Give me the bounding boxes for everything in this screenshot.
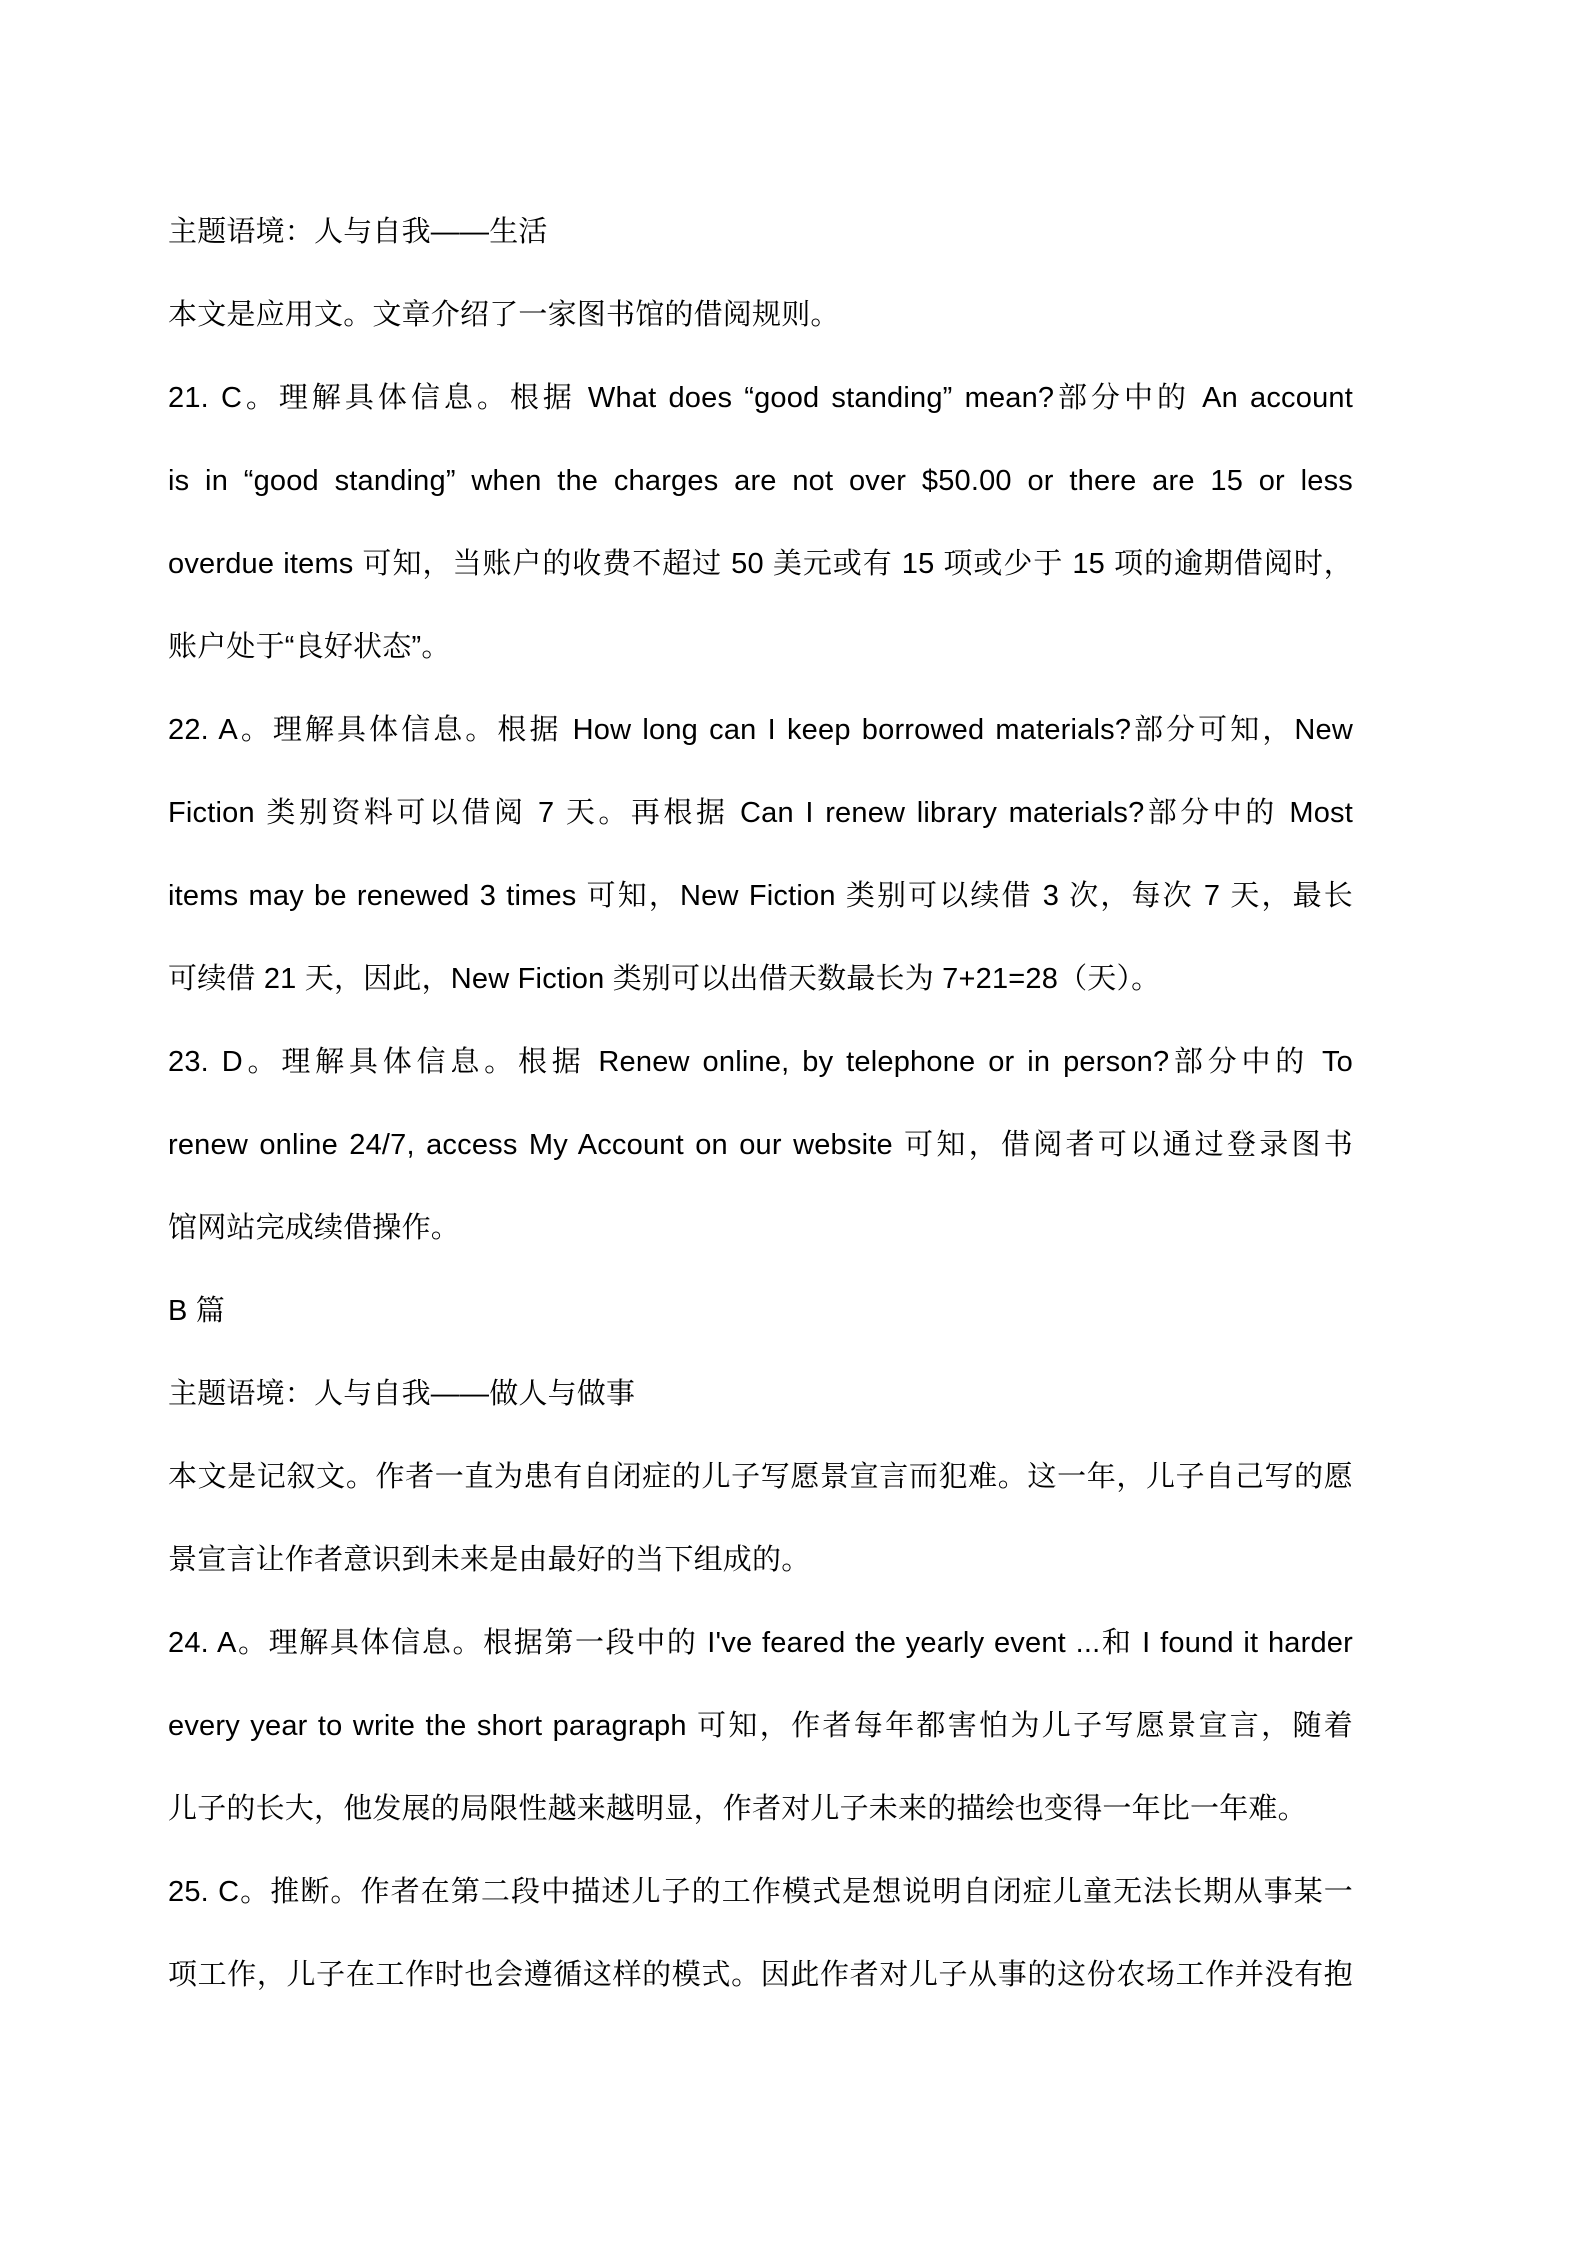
- answer-23-line: 23. D。理解具体信息。根据 Renew online, by telepho…: [168, 1021, 1353, 1104]
- text-line: Fiction 类别资料可以借阅 7 天。再根据 Can I renew lib…: [168, 772, 1353, 855]
- answer-25-line: 25. C。推断。作者在第二段中描述儿子的工作模式是想说明自闭症儿童无法长期从事…: [168, 1851, 1353, 1934]
- text-line: items may be renewed 3 times 可知，New Fict…: [168, 855, 1353, 938]
- text-line: 账户处于“良好状态”。: [168, 606, 1353, 689]
- text-line: overdue items 可知，当账户的收费不超过 50 美元或有 15 项或…: [168, 523, 1353, 606]
- theme-context-line-b: 主题语境：人与自我——做人与做事: [168, 1353, 1353, 1436]
- text-line: 景宣言让作者意识到未来是由最好的当下组成的。: [168, 1519, 1353, 1602]
- text-line: 可续借 21 天，因此，New Fiction 类别可以出借天数最长为 7+21…: [168, 938, 1353, 1021]
- answer-22-line: 22. A。理解具体信息。根据 How long can I keep borr…: [168, 689, 1353, 772]
- text-line: 儿子的长大，他发展的局限性越来越明显，作者对儿子未来的描绘也变得一年比一年难。: [168, 1768, 1353, 1851]
- answer-24-line: 24. A。理解具体信息。根据第一段中的 I've feared the yea…: [168, 1602, 1353, 1685]
- text-line: 馆网站完成续借操作。: [168, 1187, 1353, 1270]
- text-line: is in “good standing” when the charges a…: [168, 440, 1353, 523]
- text-line: 项工作，儿子在工作时也会遵循这样的模式。因此作者对儿子从事的这份农场工作并没有抱: [168, 1934, 1353, 2017]
- passage-b-heading: B 篇: [168, 1270, 1353, 1353]
- passage-a-summary-line: 本文是应用文。文章介绍了一家图书馆的借阅规则。: [168, 274, 1353, 357]
- text-line: every year to write the short paragraph …: [168, 1685, 1353, 1768]
- passage-b-summary-line: 本文是记叙文。作者一直为患有自闭症的儿子写愿景宣言而犯难。这一年，儿子自己写的愿: [168, 1436, 1353, 1519]
- answer-explanation-text: 主题语境：人与自我——生活 本文是应用文。文章介绍了一家图书馆的借阅规则。 21…: [168, 0, 1353, 2017]
- text-line: renew online 24/7, access My Account on …: [168, 1104, 1353, 1187]
- document-page: 主题语境：人与自我——生活 本文是应用文。文章介绍了一家图书馆的借阅规则。 21…: [0, 0, 1587, 2245]
- theme-context-line-a: 主题语境：人与自我——生活: [168, 191, 1353, 274]
- answer-21-line: 21. C。理解具体信息。根据 What does “good standing…: [168, 357, 1353, 440]
